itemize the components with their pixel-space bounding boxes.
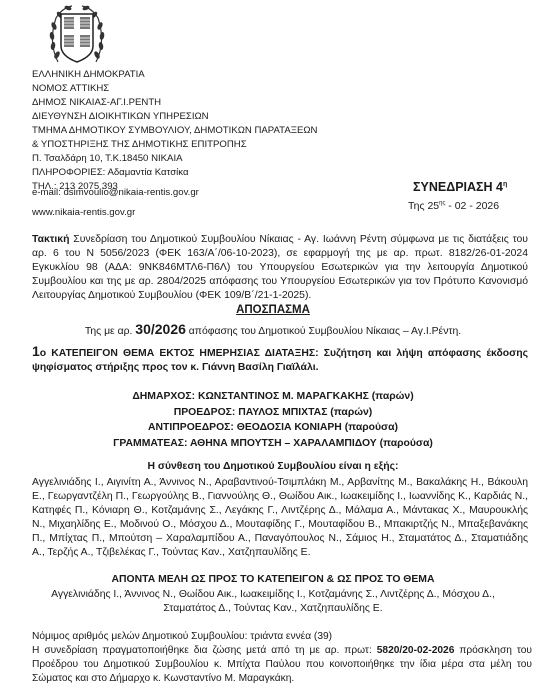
session-date-suffix: - 02 - 2026 bbox=[445, 200, 499, 212]
decision-line: Της με αρ. 30/2026 απόφασης του Δημοτικο… bbox=[0, 321, 546, 337]
composition-members: Αγγελινιάδης Ι., Αιγινίτη Α., Άννινος Ν.… bbox=[32, 476, 528, 560]
intro-paragraph: Τακτική Συνεδρίαση του Δημοτικού Συμβουλ… bbox=[32, 233, 528, 303]
header-line: ΔΗΜΟΣ ΝΙΚΑΙΑΣ-ΑΓ.Ι.ΡΕΝΤΗ bbox=[32, 96, 317, 110]
official-mayor: ΔΗΜΑΡΧΟΣ: ΚΩΝΣΤΑΝΤΙΝΟΣ Μ. ΜΑΡΑΓΚΑΚΗΣ (πα… bbox=[0, 389, 546, 405]
excerpt-title: ΑΠΟΣΠΑΣΜΑ bbox=[0, 304, 546, 316]
quorum-line: Νόμιμος αριθμός μελών Δημοτικού Συμβουλί… bbox=[32, 630, 532, 644]
header-line: ΝΟΜΟΣ ΑΤΤΙΚΗΣ bbox=[32, 82, 317, 96]
agenda-item-text: ο ΚΑΤΕΠΕΙΓΟΝ ΘΕΜΑ ΕΚΤΟΣ ΗΜΕΡΗΣΙΑΣ ΔΙΑΤΑΞ… bbox=[32, 348, 528, 373]
session-date: Της 25ης - 02 - 2026 bbox=[408, 200, 499, 212]
decision-suffix: απόφασης του Δημοτικού Συμβουλίου Νίκαια… bbox=[186, 326, 461, 337]
header-line: Π. Τσαλδάρη 10, Τ.Κ.18450 ΝΙΚΑΙΑ bbox=[32, 152, 317, 166]
session-date-prefix: Της 25 bbox=[408, 200, 439, 212]
invitation-number: 5820/20-02-2026 bbox=[377, 645, 455, 656]
footer-paragraph: Νόμιμος αριθμός μελών Δημοτικού Συμβουλί… bbox=[32, 630, 532, 686]
header-line: ΕΛΛΗΝΙΚΗ ΔΗΜΟΚΡΑΤΙΑ bbox=[32, 68, 317, 82]
website-link[interactable]: www.nikaia-rentis.gov.gr bbox=[32, 207, 135, 218]
agenda-item: 1ο ΚΑΤΕΠΕΙΓΟΝ ΘΕΜΑ ΕΚΤΟΣ ΗΜΕΡΗΣΙΑΣ ΔΙΑΤΑ… bbox=[32, 344, 528, 375]
header-line: ΔΙΕΥΘΥΝΣΗ ΔΙΟΙΚΗΤΙΚΩΝ ΥΠΗΡΕΣΙΩΝ bbox=[32, 110, 317, 124]
header-line: & ΥΠΟΣΤΗΡΙΞΗΣ ΤΗΣ ΔΗΜΟΤΙΚΗΣ ΕΠΙΤΡΟΠΗΣ bbox=[32, 138, 317, 152]
issuer-header: ΕΛΛΗΝΙΚΗ ΔΗΜΟΚΡΑΤΙΑ ΝΟΜΟΣ ΑΤΤΙΚΗΣ ΔΗΜΟΣ … bbox=[32, 68, 317, 194]
official-vice-president: ΑΝΤΙΠΡΟΕΔΡΟΣ: ΘΕΟΔΟΣΙΑ ΚΟΝΙΑΡΗ (παρούσα) bbox=[0, 420, 546, 436]
session-title: ΣΥΝΕΔΡΙΑΣΗ 4η bbox=[413, 180, 507, 194]
decision-number: 30/2026 bbox=[135, 321, 186, 337]
greek-state-emblem-icon bbox=[46, 2, 108, 70]
agenda-item-number: 1 bbox=[32, 343, 40, 359]
absent-members: Αγγελινιάδης Ι., Άννινος Ν., Θωίδου Αικ.… bbox=[0, 588, 546, 616]
invitation-prefix: Η συνεδρίαση πραγματοποιήθηκε δια ζώσης … bbox=[32, 645, 377, 656]
decision-prefix: Της με αρ. bbox=[85, 326, 135, 337]
session-title-text: ΣΥΝΕΔΡΙΑΣΗ 4 bbox=[413, 180, 503, 194]
intro-lead: Τακτική bbox=[32, 234, 69, 245]
absent-line: Σταματάτος Δ., Τούντας Καν., Χατζηπαυλίδ… bbox=[0, 602, 546, 616]
officials-list: ΔΗΜΑΡΧΟΣ: ΚΩΝΣΤΑΝΤΙΝΟΣ Μ. ΜΑΡΑΓΚΑΚΗΣ (πα… bbox=[0, 389, 546, 451]
composition-title: Η σύνθεση του Δημοτικού Συμβουλίου είναι… bbox=[0, 461, 546, 472]
header-line: ΠΛΗΡΟΦΟΡΙΕΣ: Αδαμαντία Κατσίκα bbox=[32, 166, 317, 180]
header-line: ΤΜΗΜΑ ΔΗΜΟΤΙΚΟΥ ΣΥΜΒΟΥΛΙΟΥ, ΔΗΜΟΤΙΚΩΝ ΠΑ… bbox=[32, 124, 317, 138]
session-title-sup: η bbox=[503, 181, 507, 188]
absent-line: Αγγελινιάδης Ι., Άννινος Ν., Θωίδου Αικ.… bbox=[0, 588, 546, 602]
official-president: ΠΡΟΕΔΡΟΣ: ΠΑΥΛΟΣ ΜΠΙΧΤΑΣ (παρών) bbox=[0, 405, 546, 421]
intro-text: Συνεδρίαση του Δημοτικού Συμβουλίου Νίκα… bbox=[32, 234, 528, 301]
official-secretary: ΓΡΑΜΜΑΤΕΑΣ: ΑΘΗΝΑ ΜΠΟΥΤΣΗ – ΧΑΡΑΛΑΜΠΙΔΟΥ… bbox=[0, 436, 546, 452]
email-link[interactable]: e-mail: dsimvoulio@nikaia-rentis.gov.gr bbox=[32, 187, 199, 198]
absent-title: ΑΠΟΝΤΑ ΜΕΛΗ ΩΣ ΠΡΟΣ ΤΟ ΚΑΤΕΠΕΙΓΟΝ & ΩΣ Π… bbox=[0, 574, 546, 585]
invitation-line: Η συνεδρίαση πραγματοποιήθηκε δια ζώσης … bbox=[32, 644, 532, 686]
